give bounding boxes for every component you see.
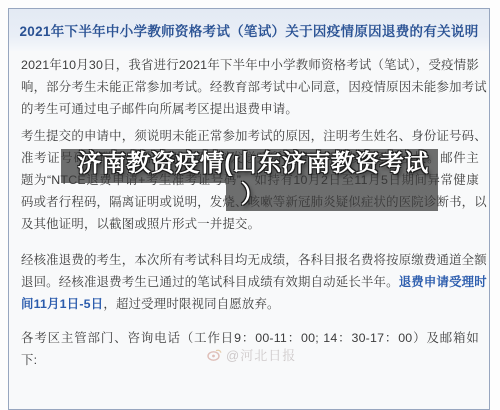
paragraph-intro: 2021年10月30日，我省进行2021年下半年中小学教师资格考试（笔试），受疫… — [21, 54, 479, 120]
text-line: 及其他证明，以截图或照片形式一并提交。 — [21, 213, 479, 235]
paragraph-refund-policy: 经核准退费的考生，本次所有考试科目均无成绩，各科目报名费将按原缴费通道全额 退回… — [21, 249, 479, 315]
headline-overlay: 济南教资疫情(山东济南教资考试 ） — [69, 148, 437, 210]
text-line: 退回。经核准退费考生已通过的笔试科目成绩有效期自动延长半年。退费申请受理时 — [21, 271, 479, 293]
headline-overlay-line1: 济南教资疫情(山东济南教资考试 — [69, 148, 437, 179]
text-line: 的考生可通过电子邮件向所属考区提出退费申请。 — [21, 98, 479, 120]
text-line: 经核准退费的考生，本次所有考试科目均无成绩，各科目报名费将按原缴费通道全额 — [21, 249, 479, 271]
notice-header-band: 2021年下半年中小学教师资格考试（笔试）关于因疫情原因退费的有关说明 — [9, 9, 489, 51]
notice-frame: 2021年下半年中小学教师资格考试（笔试）关于因疫情原因退费的有关说明 2021… — [8, 8, 490, 364]
weibo-watermark: @河北日报 — [207, 345, 296, 364]
refund-deadline-highlight: 间11月1日-5日 — [21, 297, 103, 311]
text-line: 响，部分考生未能正常参加考试。经教育部考试中心同意，因疫情原因未能参加考试 — [21, 76, 479, 98]
weibo-watermark-text: @河北日报 — [226, 345, 296, 364]
refund-deadline-highlight: 退费申请受理时 — [399, 275, 487, 289]
weibo-icon — [207, 348, 222, 361]
text-line: 考生提交的申请中，须说明未能正常参加考试的原因，注明考生姓名、身份证号码、 — [21, 125, 479, 147]
headline-overlay-line2: ） — [69, 179, 437, 210]
notice-title: 2021年下半年中小学教师资格考试（笔试）关于因疫情原因退费的有关说明 — [9, 9, 489, 41]
text-line: 间11月1日-5日，超过受理时限视同自愿放弃。 — [21, 293, 479, 315]
text-segment: 退回。经核准退费考生已通过的笔试科目成绩有效期自动延长半年。 — [21, 275, 399, 289]
text-line: 2021年10月30日，我省进行2021年下半年中小学教师资格考试（笔试），受疫… — [21, 54, 479, 76]
text-segment: ，超过受理时限视同自愿放弃。 — [103, 297, 279, 311]
